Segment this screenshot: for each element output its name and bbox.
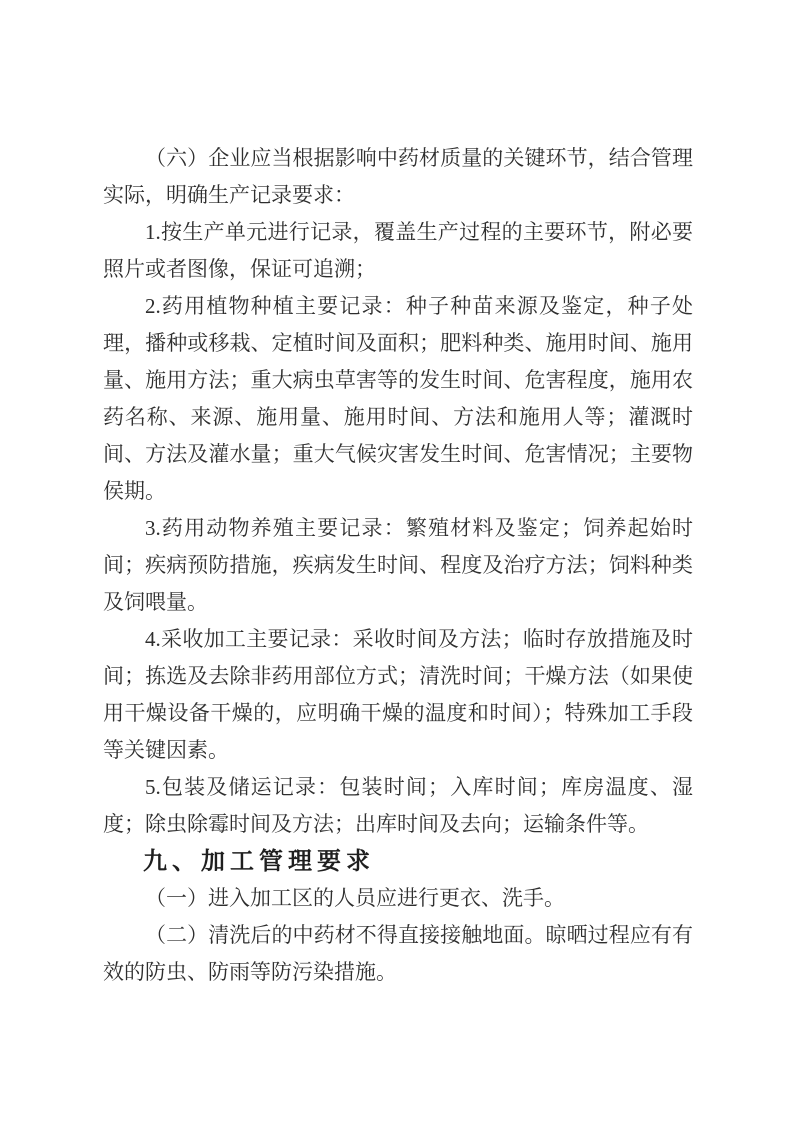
document-body: （六）企业应当根据影响中药材质量的关键环节，结合管理实际，明确生产记录要求： 1… <box>103 140 693 991</box>
paragraph-processing-rule-1: （一）进入加工区的人员应进行更衣、洗手。 <box>103 880 693 917</box>
paragraph-processing-rule-2: （二）清洗后的中药材不得直接接触地面。晾晒过程应有有效的防虫、防雨等防污染措施。 <box>103 917 693 991</box>
document-page: （六）企业应当根据影响中药材质量的关键环节，结合管理实际，明确生产记录要求： 1… <box>0 0 793 1122</box>
paragraph-record-item-5: 5.包装及储运记录：包装时间；入库时间；库房温度、湿度；除虫除霉时间及方法；出库… <box>103 769 693 843</box>
section-heading-processing-management: 九、加工管理要求 <box>103 843 693 880</box>
paragraph-record-item-1: 1.按生产单元进行记录，覆盖生产过程的主要环节，附必要照片或者图像，保证可追溯； <box>103 214 693 288</box>
paragraph-record-item-4: 4.采收加工主要记录：采收时间及方法；临时存放措施及时间；拣选及去除非药用部位方… <box>103 621 693 769</box>
paragraph-record-item-2: 2.药用植物种植主要记录：种子种苗来源及鉴定，种子处理，播种或移栽、定植时间及面… <box>103 288 693 510</box>
paragraph-record-item-3: 3.药用动物养殖主要记录：繁殖材料及鉴定；饲养起始时间；疾病预防措施，疾病发生时… <box>103 510 693 621</box>
paragraph-production-record-intro: （六）企业应当根据影响中药材质量的关键环节，结合管理实际，明确生产记录要求： <box>103 140 693 214</box>
